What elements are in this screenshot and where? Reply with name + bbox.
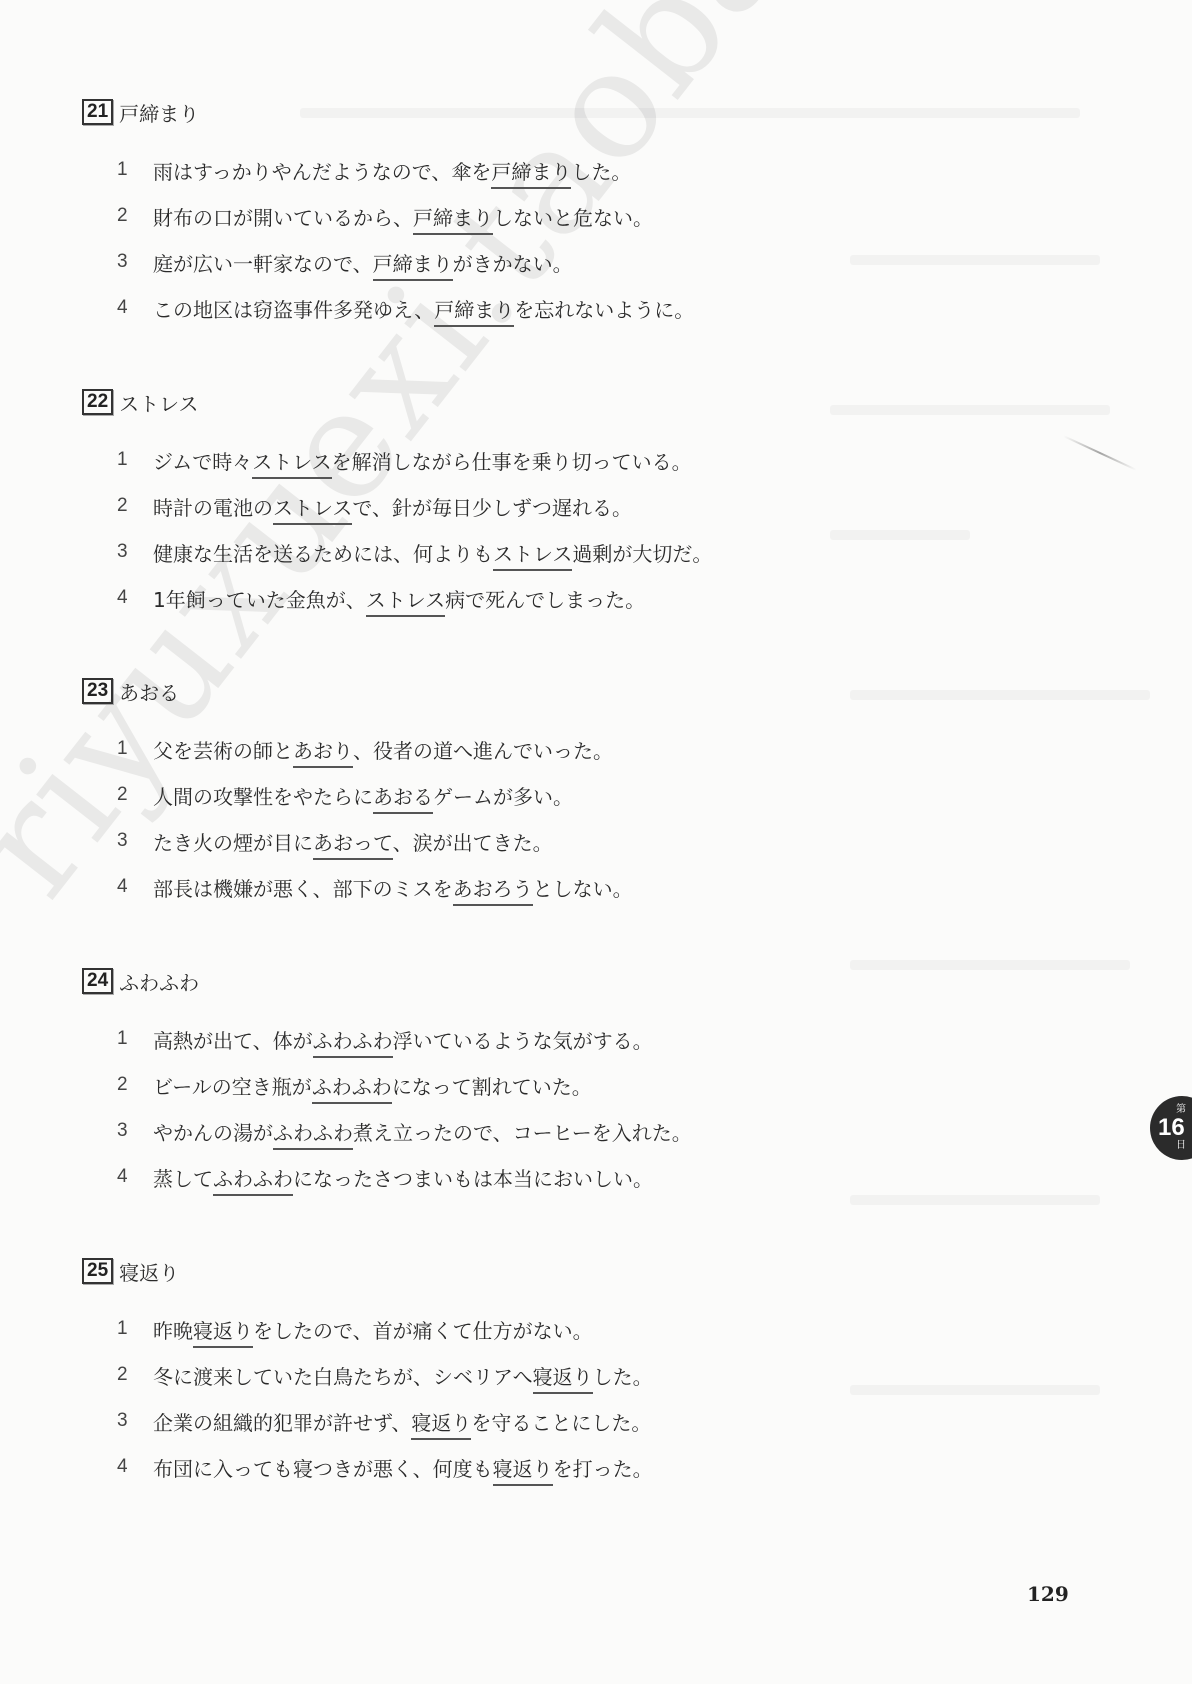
choice-number: 2 xyxy=(117,1364,153,1386)
underlined-target: ふわふわ xyxy=(312,1075,392,1104)
bleed-through xyxy=(850,960,1130,970)
underlined-target: 戸締まり xyxy=(491,160,571,189)
underlined-target: 戸締まり xyxy=(413,206,493,235)
question-21: 21 戸締まり 1 雨はすっかりやんだようなので、傘を戸締まりした。 2 財布の… xyxy=(82,97,199,127)
question-word: ストレス xyxy=(119,388,198,417)
choice-text: 父を芸術の師とあおり、役者の道へ進んでいった。 xyxy=(153,735,613,764)
choice-item[interactable]: 2 時計の電池のストレスで、針が毎日少しずつ遅れる。 xyxy=(117,483,712,529)
choice-number: 2 xyxy=(117,1074,153,1096)
day-badge-suffix: 日 xyxy=(1176,1140,1186,1152)
underlined-target: ストレス xyxy=(273,496,352,525)
bleed-through xyxy=(300,108,1080,118)
choice-text: 庭が広い一軒家なので、戸締まりがきかない。 xyxy=(153,248,573,277)
choice-number: 3 xyxy=(117,1120,153,1142)
bleed-through xyxy=(830,530,970,540)
choice-text: 財布の口が開いているから、戸締まりしないと危ない。 xyxy=(153,202,653,231)
choice-number: 4 xyxy=(117,1166,153,1188)
bleed-through xyxy=(850,255,1100,265)
question-word: ふわふわ xyxy=(119,967,199,996)
choice-item[interactable]: 1 雨はすっかりやんだようなので、傘を戸締まりした。 xyxy=(117,147,694,193)
question-number: 23 xyxy=(82,678,113,704)
choice-list: 1 昨晩寝返りをしたので、首が痛くて仕方がない。 2 冬に渡来していた白鳥たちが… xyxy=(117,1306,653,1490)
page-number: 129 xyxy=(1027,1582,1069,1606)
scan-scratch xyxy=(1063,435,1136,471)
underlined-target: あおる xyxy=(373,785,433,814)
choice-number: 3 xyxy=(117,1410,153,1432)
question-header: 23 あおる xyxy=(82,676,179,706)
underlined-target: ふわふわ xyxy=(273,1121,353,1150)
choice-text: ジムで時々ストレスを解消しながら仕事を乗り切っている。 xyxy=(153,446,692,475)
underlined-target: ふわふわ xyxy=(213,1167,293,1196)
choice-text: 人間の攻撃性をやたらにあおるゲームが多い。 xyxy=(153,781,573,810)
choice-number: 1 xyxy=(117,738,153,760)
choice-text: 健康な生活を送るためには、何よりもストレス過剰が大切だ。 xyxy=(153,538,712,567)
bleed-through xyxy=(830,405,1110,415)
choice-text: 布団に入っても寝つきが悪く、何度も寝返りを打った。 xyxy=(153,1453,653,1482)
choice-text: この地区は窃盗事件多発ゆえ、戸締まりを忘れないように。 xyxy=(153,294,694,323)
underlined-target: あおって xyxy=(313,831,393,860)
underlined-target: あおり xyxy=(293,739,353,768)
underlined-target: ふわふわ xyxy=(313,1029,393,1058)
choice-text: 1年飼っていた金魚が、ストレス病で死んでしまった。 xyxy=(153,584,645,613)
underlined-target: ストレス xyxy=(366,588,445,617)
choice-list: 1 父を芸術の師とあおり、役者の道へ進んでいった。 2 人間の攻撃性をやたらにあ… xyxy=(117,726,633,910)
choice-item[interactable]: 4 1年飼っていた金魚が、ストレス病で死んでしまった。 xyxy=(117,575,712,621)
choice-text: たき火の煙が目にあおって、涙が出てきた。 xyxy=(153,827,553,856)
choice-number: 4 xyxy=(117,297,153,319)
choice-text: 昨晩寝返りをしたので、首が痛くて仕方がない。 xyxy=(153,1315,593,1344)
choice-item[interactable]: 3 健康な生活を送るためには、何よりもストレス過剰が大切だ。 xyxy=(117,529,712,575)
question-25: 25 寝返り 1 昨晩寝返りをしたので、首が痛くて仕方がない。 2 冬に渡来して… xyxy=(82,1256,179,1286)
choice-text: 時計の電池のストレスで、針が毎日少しずつ遅れる。 xyxy=(153,492,632,521)
choice-item[interactable]: 3 やかんの湯がふわふわ煮え立ったので、コーヒーを入れた。 xyxy=(117,1108,692,1154)
question-word: 寝返り xyxy=(119,1257,179,1286)
choice-text: 高熱が出て、体がふわふわ浮いているような気がする。 xyxy=(153,1025,653,1054)
choice-text: 部長は機嫌が悪く、部下のミスをあおろうとしない。 xyxy=(153,873,633,902)
choice-item[interactable]: 4 部長は機嫌が悪く、部下のミスをあおろうとしない。 xyxy=(117,864,633,910)
textbook-page: riyuxuexi.taobao.com 21 戸締まり 1 雨はすっかりやんだ… xyxy=(0,0,1192,1684)
choice-item[interactable]: 2 冬に渡来していた白鳥たちが、シベリアへ寝返りした。 xyxy=(117,1352,653,1398)
question-number: 21 xyxy=(82,99,113,125)
choice-number: 3 xyxy=(117,251,153,273)
question-22: 22 ストレス 1 ジムで時々ストレスを解消しながら仕事を乗り切っている。 2 … xyxy=(82,387,199,417)
bleed-through xyxy=(850,1195,1100,1205)
choice-number: 2 xyxy=(117,495,153,517)
question-word: あおる xyxy=(119,677,179,706)
bleed-through xyxy=(850,1385,1100,1395)
choice-item[interactable]: 2 財布の口が開いているから、戸締まりしないと危ない。 xyxy=(117,193,694,239)
choice-item[interactable]: 4 布団に入っても寝つきが悪く、何度も寝返りを打った。 xyxy=(117,1444,653,1490)
underlined-target: 寝返り xyxy=(533,1365,593,1394)
choice-item[interactable]: 1 父を芸術の師とあおり、役者の道へ進んでいった。 xyxy=(117,726,633,772)
choice-item[interactable]: 1 昨晩寝返りをしたので、首が痛くて仕方がない。 xyxy=(117,1306,653,1352)
choice-number: 1 xyxy=(117,1318,153,1340)
choice-item[interactable]: 4 この地区は窃盗事件多発ゆえ、戸締まりを忘れないように。 xyxy=(117,285,694,331)
underlined-target: 寝返り xyxy=(411,1411,471,1440)
underlined-target: あおろう xyxy=(453,877,533,906)
bleed-through xyxy=(850,690,1150,700)
choice-item[interactable]: 3 庭が広い一軒家なので、戸締まりがきかない。 xyxy=(117,239,694,285)
day-badge: 第 16 日 xyxy=(1150,1096,1192,1160)
choice-item[interactable]: 3 たき火の煙が目にあおって、涙が出てきた。 xyxy=(117,818,633,864)
choice-number: 2 xyxy=(117,784,153,806)
question-24: 24 ふわふわ 1 高熱が出て、体がふわふわ浮いているような気がする。 2 ビー… xyxy=(82,966,199,996)
choice-item[interactable]: 1 高熱が出て、体がふわふわ浮いているような気がする。 xyxy=(117,1016,692,1062)
underlined-target: 戸締まり xyxy=(373,252,453,281)
choice-number: 4 xyxy=(117,587,153,609)
underlined-target: 寝返り xyxy=(193,1319,253,1348)
question-number: 22 xyxy=(82,389,113,415)
choice-item[interactable]: 2 ビールの空き瓶がふわふわになって割れていた。 xyxy=(117,1062,692,1108)
choice-item[interactable]: 3 企業の組織的犯罪が許せず、寝返りを守ることにした。 xyxy=(117,1398,653,1444)
choice-number: 4 xyxy=(117,1456,153,1478)
underlined-target: 寝返り xyxy=(493,1457,553,1486)
choice-text: 雨はすっかりやんだようなので、傘を戸締まりした。 xyxy=(153,156,631,185)
choice-text: ビールの空き瓶がふわふわになって割れていた。 xyxy=(153,1071,592,1100)
choice-list: 1 ジムで時々ストレスを解消しながら仕事を乗り切っている。 2 時計の電池のスト… xyxy=(117,437,712,621)
question-number: 24 xyxy=(82,968,113,994)
choice-text: やかんの湯がふわふわ煮え立ったので、コーヒーを入れた。 xyxy=(153,1117,692,1146)
question-number: 25 xyxy=(82,1258,113,1284)
question-header: 21 戸締まり xyxy=(82,97,199,127)
underlined-target: ストレス xyxy=(252,450,331,479)
question-header: 22 ストレス xyxy=(82,387,199,417)
question-header: 25 寝返り xyxy=(82,1256,179,1286)
underlined-target: 戸締まり xyxy=(434,298,514,327)
choice-number: 1 xyxy=(117,1028,153,1050)
choice-text: 蒸してふわふわになったさつまいもは本当においしい。 xyxy=(153,1163,653,1192)
question-23: 23 あおる 1 父を芸術の師とあおり、役者の道へ進んでいった。 2 人間の攻撃… xyxy=(82,676,179,706)
choice-list: 1 雨はすっかりやんだようなので、傘を戸締まりした。 2 財布の口が開いているか… xyxy=(117,147,694,331)
choice-text: 冬に渡来していた白鳥たちが、シベリアへ寝返りした。 xyxy=(153,1361,653,1390)
underlined-target: ストレス xyxy=(493,542,572,571)
choice-number: 2 xyxy=(117,205,153,227)
question-header: 24 ふわふわ xyxy=(82,966,199,996)
choice-number: 4 xyxy=(117,876,153,898)
choice-number: 1 xyxy=(117,159,153,181)
choice-item[interactable]: 4 蒸してふわふわになったさつまいもは本当においしい。 xyxy=(117,1154,692,1200)
choice-list: 1 高熱が出て、体がふわふわ浮いているような気がする。 2 ビールの空き瓶がふわ… xyxy=(117,1016,692,1200)
choice-item[interactable]: 1 ジムで時々ストレスを解消しながら仕事を乗り切っている。 xyxy=(117,437,712,483)
choice-number: 1 xyxy=(117,449,153,471)
choice-text: 企業の組織的犯罪が許せず、寝返りを守ることにした。 xyxy=(153,1407,651,1436)
choice-number: 3 xyxy=(117,541,153,563)
choice-number: 3 xyxy=(117,830,153,852)
choice-item[interactable]: 2 人間の攻撃性をやたらにあおるゲームが多い。 xyxy=(117,772,633,818)
question-word: 戸締まり xyxy=(119,98,199,127)
day-badge-number: 16 xyxy=(1158,1116,1185,1140)
